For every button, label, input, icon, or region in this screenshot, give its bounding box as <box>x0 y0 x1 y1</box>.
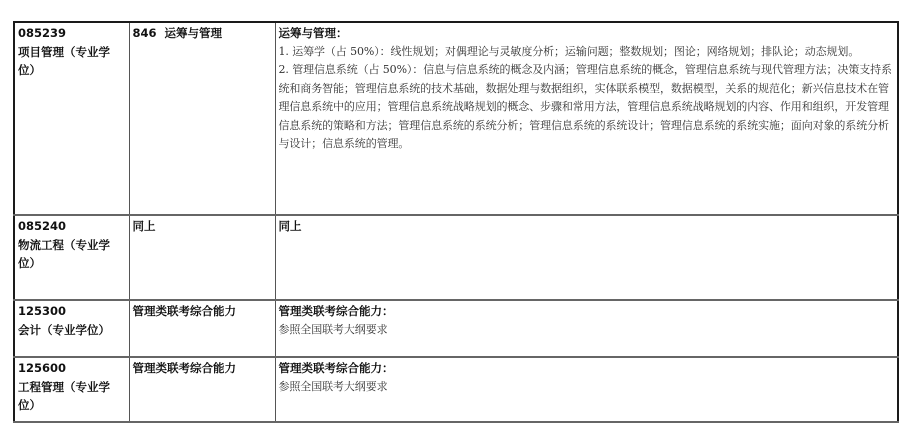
exam-subject: 管理类联考综合能力 <box>133 302 273 321</box>
major-cell: 085239 项目管理（专业学位） <box>14 22 129 215</box>
content-cell: 运筹与管理： 1. 运筹学（占 50%）：线性规划；对偶理论与灵敏度分析；运输问… <box>275 22 898 215</box>
table-row: 085239 项目管理（专业学位） 846 运筹与管理 运筹与管理： 1. 运筹… <box>14 22 898 215</box>
exam-subject-cell: 管理类联考综合能力 <box>129 300 275 357</box>
exam-subject-cell: 846 运筹与管理 <box>129 22 275 215</box>
major-code: 125300 <box>18 302 127 321</box>
content-cell: 管理类联考综合能力： 参照全国联考大纲要求 <box>275 357 898 422</box>
exam-subject: 同上 <box>133 217 273 236</box>
major-cell: 085240 物流工程（专业学位） <box>14 215 129 300</box>
content-cell: 同上 <box>275 215 898 300</box>
exam-subject: 846 运筹与管理 <box>133 24 273 43</box>
syllabus-table: 085239 项目管理（专业学位） 846 运筹与管理 运筹与管理： 1. 运筹… <box>13 21 899 423</box>
exam-subject: 管理类联考综合能力 <box>133 359 273 378</box>
major-cell: 125300 会计（专业学位） <box>14 300 129 357</box>
content-title: 管理类联考综合能力： <box>279 302 896 321</box>
exam-subject-cell: 管理类联考综合能力 <box>129 357 275 422</box>
major-code: 125600 <box>18 359 127 378</box>
major-code: 085239 <box>18 24 127 43</box>
content-line: 参照全国联考大纲要求 <box>279 321 896 340</box>
major-name: 会计（专业学位） <box>18 321 127 340</box>
major-name: 项目管理（专业学位） <box>18 43 127 80</box>
content-line: 参照全国联考大纲要求 <box>279 378 896 397</box>
major-cell: 125600 工程管理（专业学位） <box>14 357 129 422</box>
exam-subject-cell: 同上 <box>129 215 275 300</box>
table-row: 085240 物流工程（专业学位） 同上 同上 <box>14 215 898 300</box>
table-row: 125300 会计（专业学位） 管理类联考综合能力 管理类联考综合能力： 参照全… <box>14 300 898 357</box>
table-row: 125600 工程管理（专业学位） 管理类联考综合能力 管理类联考综合能力： 参… <box>14 357 898 422</box>
major-name: 工程管理（专业学位） <box>18 378 127 415</box>
major-code: 085240 <box>18 217 127 236</box>
major-name: 物流工程（专业学位） <box>18 236 127 273</box>
content-line: 1. 运筹学（占 50%）：线性规划；对偶理论与灵敏度分析；运输问题；整数规划；… <box>279 43 896 62</box>
content-cell: 管理类联考综合能力： 参照全国联考大纲要求 <box>275 300 898 357</box>
content-title: 管理类联考综合能力： <box>279 359 896 378</box>
content-line: 2. 管理信息系统（占 50%）：信息与信息系统的概念及内涵；管理信息系统的概念… <box>279 61 896 154</box>
content-title: 同上 <box>279 217 896 236</box>
content-title: 运筹与管理： <box>279 24 896 43</box>
